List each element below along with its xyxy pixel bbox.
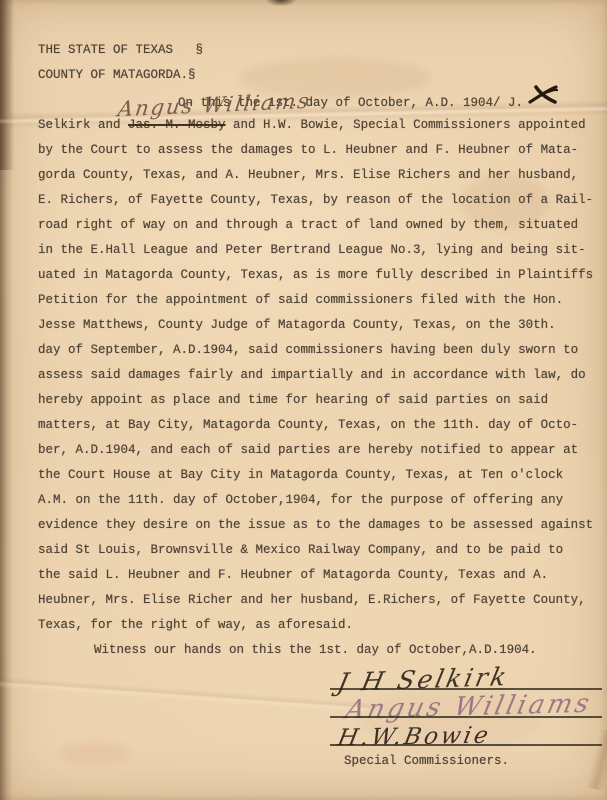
- body-line: hereby appoint as place and time for hea…: [38, 388, 598, 413]
- scanned-document-page: THE STATE OF TEXAS § COUNTY OF MATAGORDA…: [0, 0, 607, 800]
- body-line: said St Louis, Brownsville & Mexico Rail…: [38, 538, 598, 563]
- fold-crease: [0, 674, 370, 714]
- body-line: assess said damages fairly and impartial…: [38, 363, 598, 388]
- inked-out-initial-icon: [528, 85, 558, 114]
- typed-text-block: THE STATE OF TEXAS § COUNTY OF MATAGORDA…: [38, 38, 598, 663]
- body-line: Texas, for the right of way, as aforesai…: [38, 613, 598, 638]
- signature-rule: [330, 744, 602, 746]
- body-line: road right of way on and through a tract…: [38, 213, 598, 238]
- body-line: gorda County, Texas, and A. Heubner, Mrs…: [38, 163, 598, 188]
- body-line: E. Richers, of Fayette County, Texas, by…: [38, 188, 598, 213]
- commissioners-line-post: and H.W. Bowie, Special Commissioners ap…: [226, 118, 586, 132]
- signature-row: J H Selkirk: [330, 662, 602, 690]
- body-line: uated in Matagorda County, Texas, as is …: [38, 263, 598, 288]
- witness-line: Witness our hands on this the 1st. day o…: [38, 638, 598, 663]
- signature-row: H.W.Bowie: [330, 718, 602, 746]
- body-line: by the Court to assess the damages to L.…: [38, 138, 598, 163]
- body-line: the Court House at Bay City in Matagorda…: [38, 463, 598, 488]
- body-line: in the E.Hall League and Peter Bertrand …: [38, 238, 598, 263]
- header-state-line: THE STATE OF TEXAS §: [38, 38, 598, 63]
- signature-row: Angus Williams: [330, 690, 602, 718]
- paper-stain: [60, 742, 130, 764]
- body-line: day of September, A.D.1904, said commiss…: [38, 338, 598, 363]
- body-line: Jesse Matthews, County Judge of Matagord…: [38, 313, 598, 338]
- body-line: matters, at Bay City, Matagorda County, …: [38, 413, 598, 438]
- signature-block: J H Selkirk Angus Williams H.W.Bowie Spe…: [330, 662, 602, 768]
- body-line: Petition for the appointment of said com…: [38, 288, 598, 313]
- body-line: A.M. on the 11th. day of October,1904, f…: [38, 488, 598, 513]
- page-left-edge-dark-corner: [0, 0, 15, 170]
- header-county-line: COUNTY OF MATAGORDA.§: [38, 63, 598, 88]
- body-line: the said L. Heubner and F. Heubner of Ma…: [38, 563, 598, 588]
- commissioners-line-pre: Selkirk and: [38, 118, 128, 132]
- signature-caption: Special Commissioners.: [344, 754, 602, 768]
- body-line: evidence they desire on the issue as to …: [38, 513, 598, 538]
- body-line: Heubner, Mrs. Elise Richer and her husba…: [38, 588, 598, 613]
- signature-bowie: H.W.Bowie: [335, 723, 493, 752]
- page-top-edge-notch: [266, 0, 296, 6]
- body-line: ber, A.D.1904, and each of said parties …: [38, 438, 598, 463]
